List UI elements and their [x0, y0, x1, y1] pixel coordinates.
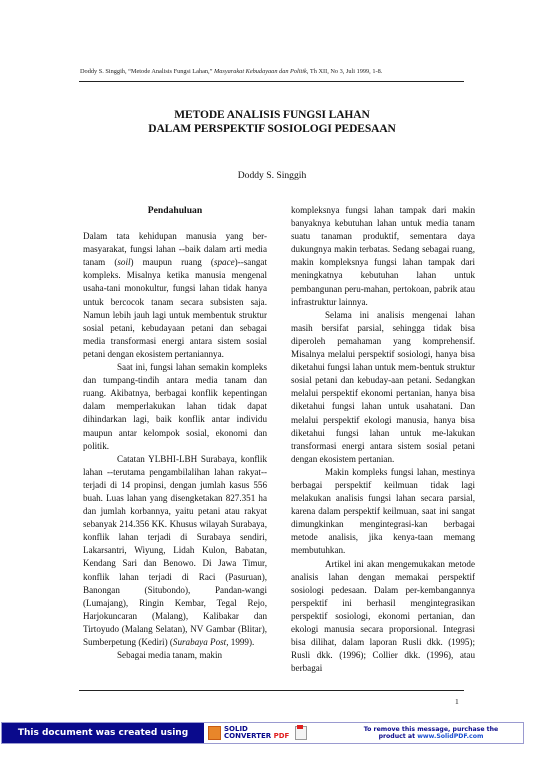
paragraph-1: kompleksnya fungsi lahan tampak dari mak…	[291, 204, 475, 309]
paragraph-2: Selama ini analisis mengenai lahan masih…	[291, 309, 475, 466]
article-title: METODE ANALISIS FUNGSI LAHAN DALAM PERSP…	[80, 108, 464, 136]
section-heading: Pendahuluan	[83, 204, 267, 217]
banner-message: This document was created using	[2, 723, 204, 743]
header-rule	[79, 81, 464, 82]
running-header-citation: Doddy S. Singgih, “Metode Analisis Fungs…	[80, 68, 214, 75]
solid-logo-icon	[208, 726, 221, 740]
italic-source: Surabaya Post	[173, 637, 226, 647]
logo-line-2: CONVERTER	[224, 732, 271, 740]
banner-purchase-message: To remove this message, purchase the pro…	[339, 723, 523, 743]
italic-term: space	[214, 257, 235, 267]
author-name: Doddy S. Singgih	[80, 170, 464, 181]
text-run: Catatan YLBHI-LBH Surabaya, konflik laha…	[83, 454, 267, 647]
solid-converter-logo[interactable]: SOLID CONVERTER PDF	[204, 723, 339, 743]
footer-rule	[79, 690, 464, 691]
paragraph-4: Sebagai media tanam, makin	[83, 649, 267, 662]
text-run: ) maupun ruang (	[131, 257, 214, 267]
paragraph-3: Makin kompleks fungsi lahan, mestinya be…	[291, 466, 475, 558]
right-column: kompleksnya fungsi lahan tampak dari mak…	[291, 204, 475, 675]
paragraph-4: Artikel ini akan mengemukakan metode ana…	[291, 558, 475, 676]
logo-pdf: PDF	[274, 732, 290, 740]
left-column: Pendahuluan Dalam tata kehidupan manusia…	[83, 204, 267, 662]
paragraph-3: Catatan YLBHI-LBH Surabaya, konflik laha…	[83, 453, 267, 649]
purchase-prefix: product at	[379, 733, 418, 740]
logo-text: SOLID CONVERTER PDF	[224, 726, 289, 740]
title-line-1: METODE ANALISIS FUNGSI LAHAN	[80, 108, 464, 122]
running-header: Doddy S. Singgih, “Metode Analisis Fungs…	[80, 68, 464, 75]
solidpdf-link[interactable]: www.SolidPDF.com	[417, 733, 483, 740]
journal-name: Masyarakat Kebudayaan dan Politik	[214, 68, 307, 75]
title-line-2: DALAM PERSPEKTIF SOSIOLOGI PEDESAAN	[80, 122, 464, 136]
page-number: 1	[455, 697, 459, 706]
watermark-banner[interactable]: This document was created using SOLID CO…	[1, 722, 524, 744]
paragraph-2: Saat ini, fungsi lahan semakin kompleks …	[83, 361, 267, 453]
running-header-issue: , Th XII, No 3, Juli 1999, 1-8.	[307, 68, 382, 75]
paragraph-1: Dalam tata kehidupan manusia yang ber-ma…	[83, 230, 267, 361]
purchase-line-1: To remove this message, purchase the	[364, 726, 499, 734]
text-run: , 1999).	[226, 637, 254, 647]
purchase-line-2: product at www.SolidPDF.com	[379, 733, 484, 741]
text-run: )--sangat kompleks. Misalnya ketika manu…	[83, 257, 267, 359]
italic-term: soil	[117, 257, 130, 267]
pdf-document-icon	[295, 726, 307, 740]
